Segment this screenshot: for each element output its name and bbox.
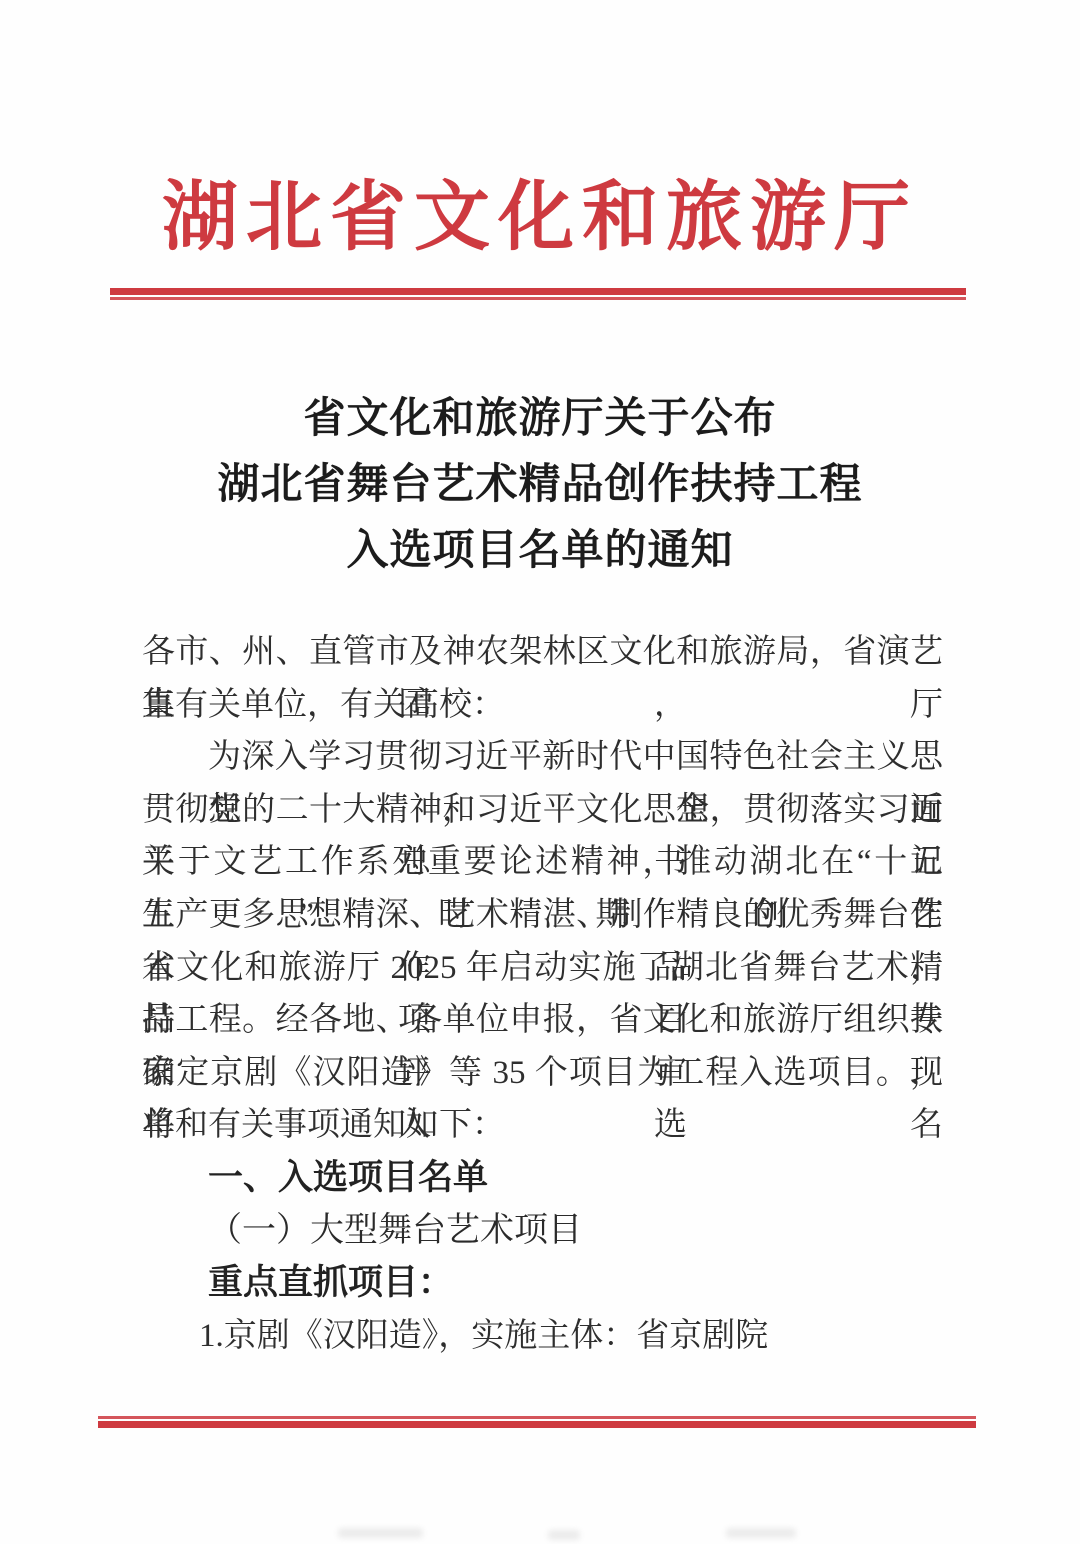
- scan-showthrough-mark: [726, 1528, 796, 1538]
- letterhead-divider-line: [110, 288, 966, 300]
- key-projects-label: 重点直抓项目：: [142, 1257, 943, 1310]
- document-body: 各市、州、直管市及神农架林区文化和旅游局，省演艺集团，厅 直有关单位，有关高校：…: [142, 626, 943, 1362]
- body-paragraph-line: 省文化和旅游厅 2025 年启动实施了湖北省舞台艺术精品项目扶: [142, 942, 943, 995]
- divider-thin-bar: [110, 297, 966, 300]
- divider-thick-bar: [110, 288, 966, 295]
- body-paragraph-line: 关于文艺工作系列重要论述精神，推动湖北在“十五五”时期创作: [142, 836, 943, 889]
- section-heading-selected-projects: 一、入选项目名单: [142, 1152, 943, 1205]
- body-paragraph-line: 确定京剧《汉阳造》等 35 个项目为工程入选项目。现将入选名: [142, 1047, 943, 1100]
- project-item-1: 1.京剧《汉阳造》，实施主体：省京剧院: [142, 1310, 943, 1363]
- document-page: 湖北省文化和旅游厅 省文化和旅游厅关于公布 湖北省舞台艺术精品创作扶持工程 入选…: [0, 0, 1080, 1544]
- body-paragraph-line: 贯彻党的二十大精神和习近平文化思想，贯彻落实习近平总书记: [142, 784, 943, 837]
- body-paragraph-line: 生产更多思想精深、艺术精湛、制作精良的优秀舞台艺术作品，: [142, 889, 943, 942]
- scan-showthrough-mark: [338, 1528, 423, 1538]
- divider-thick-bar: [98, 1421, 976, 1428]
- document-title: 省文化和旅游厅关于公布 湖北省舞台艺术精品创作扶持工程 入选项目名单的通知: [0, 386, 1080, 584]
- subsection-heading-large-stage-art: （一）大型舞台艺术项目: [142, 1205, 943, 1258]
- body-paragraph-line: 持工程。经各地、各单位申报，省文化和旅游厅组织专家评审，: [142, 994, 943, 1047]
- document-title-line-2: 湖北省舞台艺术精品创作扶持工程: [0, 452, 1080, 518]
- letterhead-agency-name: 湖北省文化和旅游厅: [0, 176, 1080, 261]
- scan-showthrough-mark: [548, 1530, 580, 1540]
- document-title-line-1: 省文化和旅游厅关于公布: [0, 386, 1080, 452]
- salutation-line-1: 各市、州、直管市及神农架林区文化和旅游局，省演艺集团，厅: [142, 626, 943, 679]
- body-paragraph-line: 为深入学习贯彻习近平新时代中国特色社会主义思想，全面: [142, 731, 943, 784]
- document-title-line-3: 入选项目名单的通知: [0, 518, 1080, 584]
- footer-divider-line: [98, 1416, 976, 1428]
